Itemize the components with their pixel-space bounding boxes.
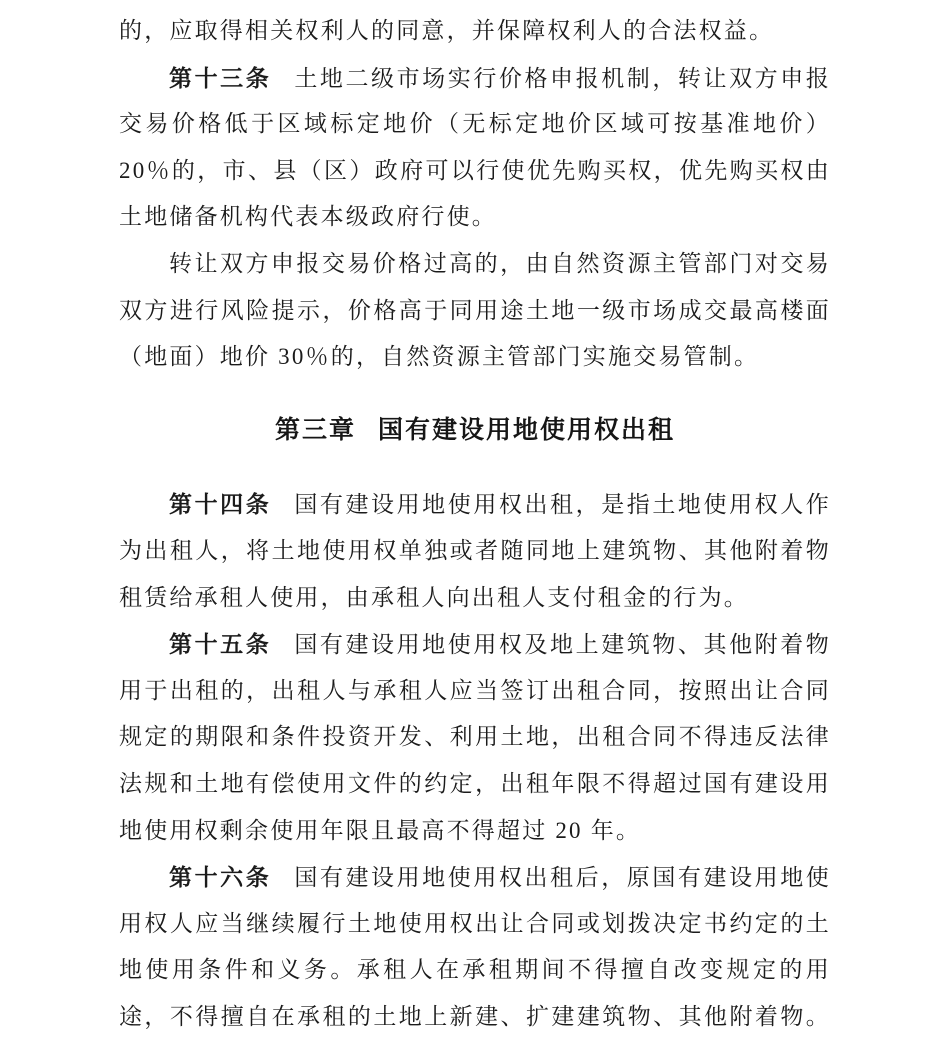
chapter-title: 国有建设用地使用权出租 — [378, 416, 675, 444]
document-page: 的，应取得相关权利人的同意，并保障权利人的合法权益。第十三条土地二级市场实行价格… — [0, 0, 945, 1042]
line-text: 的，应取得相关权利人的同意，并保障权利人的合法权益。 — [119, 18, 774, 43]
line-text: 国有建设用地使用权及地上建筑物、其他附着物 — [294, 632, 831, 657]
line-text: 规定的期限和条件投资开发、利用土地，出租合同不得违反法律 — [119, 724, 831, 749]
chapter-heading: 第三章国有建设用地使用权出租 — [119, 407, 831, 454]
line-text: 法规和土地有偿使用文件的约定，出租年限不得超过国有建设用 — [119, 771, 831, 796]
article-line: 第十三条土地二级市场实行价格申报机制，转让双方申报 — [119, 55, 831, 102]
article-number: 第十三条 — [169, 65, 271, 91]
article-line: 第十五条国有建设用地使用权及地上建筑物、其他附着物 — [119, 621, 831, 668]
line-text: 用权人应当继续履行土地使用权出让合同或划拨决定书约定的土 — [119, 911, 831, 936]
article-line: 第十四条国有建设用地使用权出租，是指土地使用权人作 — [119, 481, 831, 528]
text-line: 法规和土地有偿使用文件的约定，出租年限不得超过国有建设用 — [119, 761, 831, 808]
text-line: 双方进行风险提示，价格高于同用途土地一级市场成交最高楼面 — [119, 288, 831, 335]
text-line: 规定的期限和条件投资开发、利用土地，出租合同不得违反法律 — [119, 714, 831, 761]
article-line: 第十六条国有建设用地使用权出租后，原国有建设用地使 — [119, 854, 831, 901]
text-line: 地使用条件和义务。承租人在承租期间不得擅自改变规定的用 — [119, 947, 831, 994]
text-line: 用权人应当继续履行土地使用权出让合同或划拨决定书约定的土 — [119, 901, 831, 948]
text-line: （地面）地价 30％的，自然资源主管部门实施交易管制。 — [119, 334, 831, 381]
text-line: 20％的，市、县（区）政府可以行使优先购买权，优先购买权由 — [119, 148, 831, 195]
text-line: 土地储备机构代表本级政府行使。 — [119, 194, 831, 241]
article-number: 第十五条 — [169, 631, 271, 657]
chapter-number: 第三章 — [275, 416, 356, 444]
text-line: 的，应取得相关权利人的同意，并保障权利人的合法权益。 — [119, 8, 831, 55]
line-text: 交易价格低于区域标定地价（无标定地价区域可按基准地价） — [119, 111, 831, 136]
text-line: 地使用权剩余使用年限且最高不得超过 20 年。 — [119, 808, 831, 855]
line-text: 地使用权剩余使用年限且最高不得超过 20 年。 — [119, 818, 641, 843]
line-text: 土地二级市场实行价格申报机制，转让双方申报 — [294, 66, 831, 91]
article-number: 第十六条 — [169, 864, 271, 890]
line-text: 为出租人，将土地使用权单独或者随同地上建筑物、其他附着物 — [119, 538, 831, 563]
line-text: 20％的，市、县（区）政府可以行使优先购买权，优先购买权由 — [119, 158, 831, 183]
line-text: （地面）地价 30％的，自然资源主管部门实施交易管制。 — [119, 344, 759, 369]
line-text: 途，不得擅自在承租的土地上新建、扩建建筑物、其他附着物。 — [119, 1004, 831, 1029]
text-line: 交易价格低于区域标定地价（无标定地价区域可按基准地价） — [119, 101, 831, 148]
line-text: 地使用条件和义务。承租人在承租期间不得擅自改变规定的用 — [119, 957, 831, 982]
text-line: 为出租人，将土地使用权单独或者随同地上建筑物、其他附着物 — [119, 528, 831, 575]
line-text: 用于出租的，出租人与承租人应当签订出租合同，按照出让合同 — [119, 678, 831, 703]
text-line: 转让双方申报交易价格过高的，由自然资源主管部门对交易 — [119, 241, 831, 288]
document-body: 的，应取得相关权利人的同意，并保障权利人的合法权益。第十三条土地二级市场实行价格… — [119, 8, 831, 1040]
line-text: 转让双方申报交易价格过高的，由自然资源主管部门对交易 — [169, 251, 831, 276]
line-text: 土地储备机构代表本级政府行使。 — [119, 204, 497, 229]
line-text: 国有建设用地使用权出租，是指土地使用权人作 — [294, 492, 831, 517]
text-line: 租赁给承租人使用，由承租人向出租人支付租金的行为。 — [119, 575, 831, 622]
line-text: 租赁给承租人使用，由承租人向出租人支付租金的行为。 — [119, 585, 749, 610]
line-text: 国有建设用地使用权出租后，原国有建设用地使 — [294, 865, 831, 890]
line-text: 双方进行风险提示，价格高于同用途土地一级市场成交最高楼面 — [119, 298, 831, 323]
text-line: 用于出租的，出租人与承租人应当签订出租合同，按照出让合同 — [119, 668, 831, 715]
text-line: 途，不得擅自在承租的土地上新建、扩建建筑物、其他附着物。 — [119, 994, 831, 1041]
article-number: 第十四条 — [169, 491, 271, 517]
